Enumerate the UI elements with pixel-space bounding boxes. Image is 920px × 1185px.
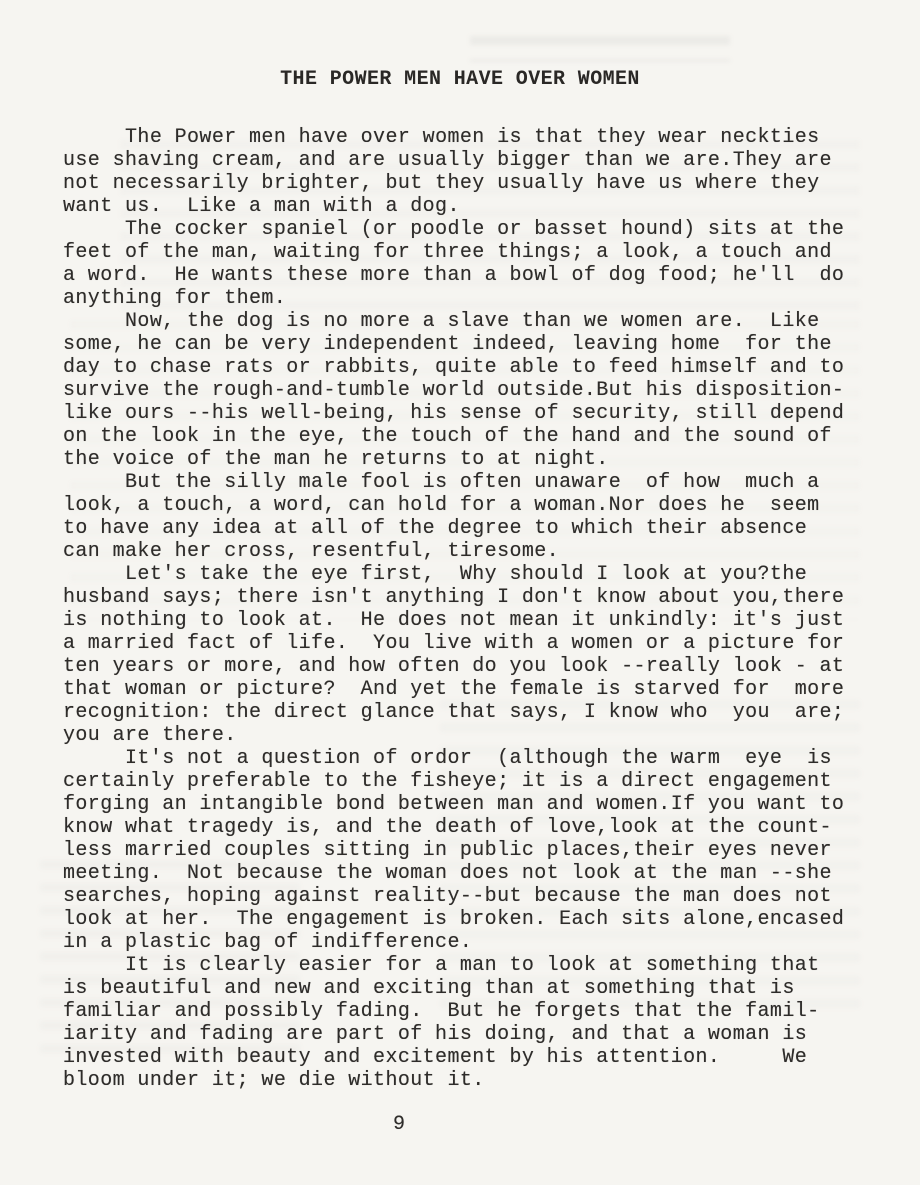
paragraph: Let's take the eye first, Why should I l…: [63, 563, 863, 747]
paragraph: It's not a question of ordor (although t…: [63, 747, 863, 954]
paragraph: But the silly male fool is often unaware…: [63, 471, 863, 563]
paragraph: The cocker spaniel (or poodle or basset …: [63, 218, 863, 310]
paragraph: Now, the dog is no more a slave than we …: [63, 310, 863, 471]
document-page: THE POWER MEN HAVE OVER WOMEN The Power …: [0, 0, 920, 1185]
page-title: THE POWER MEN HAVE OVER WOMEN: [0, 0, 920, 91]
paragraph: The Power men have over women is that th…: [63, 126, 863, 218]
document-body: The Power men have over women is that th…: [63, 126, 863, 1092]
paragraph: It is clearly easier for a man to look a…: [63, 954, 863, 1092]
page-number: 9: [393, 1113, 920, 1136]
